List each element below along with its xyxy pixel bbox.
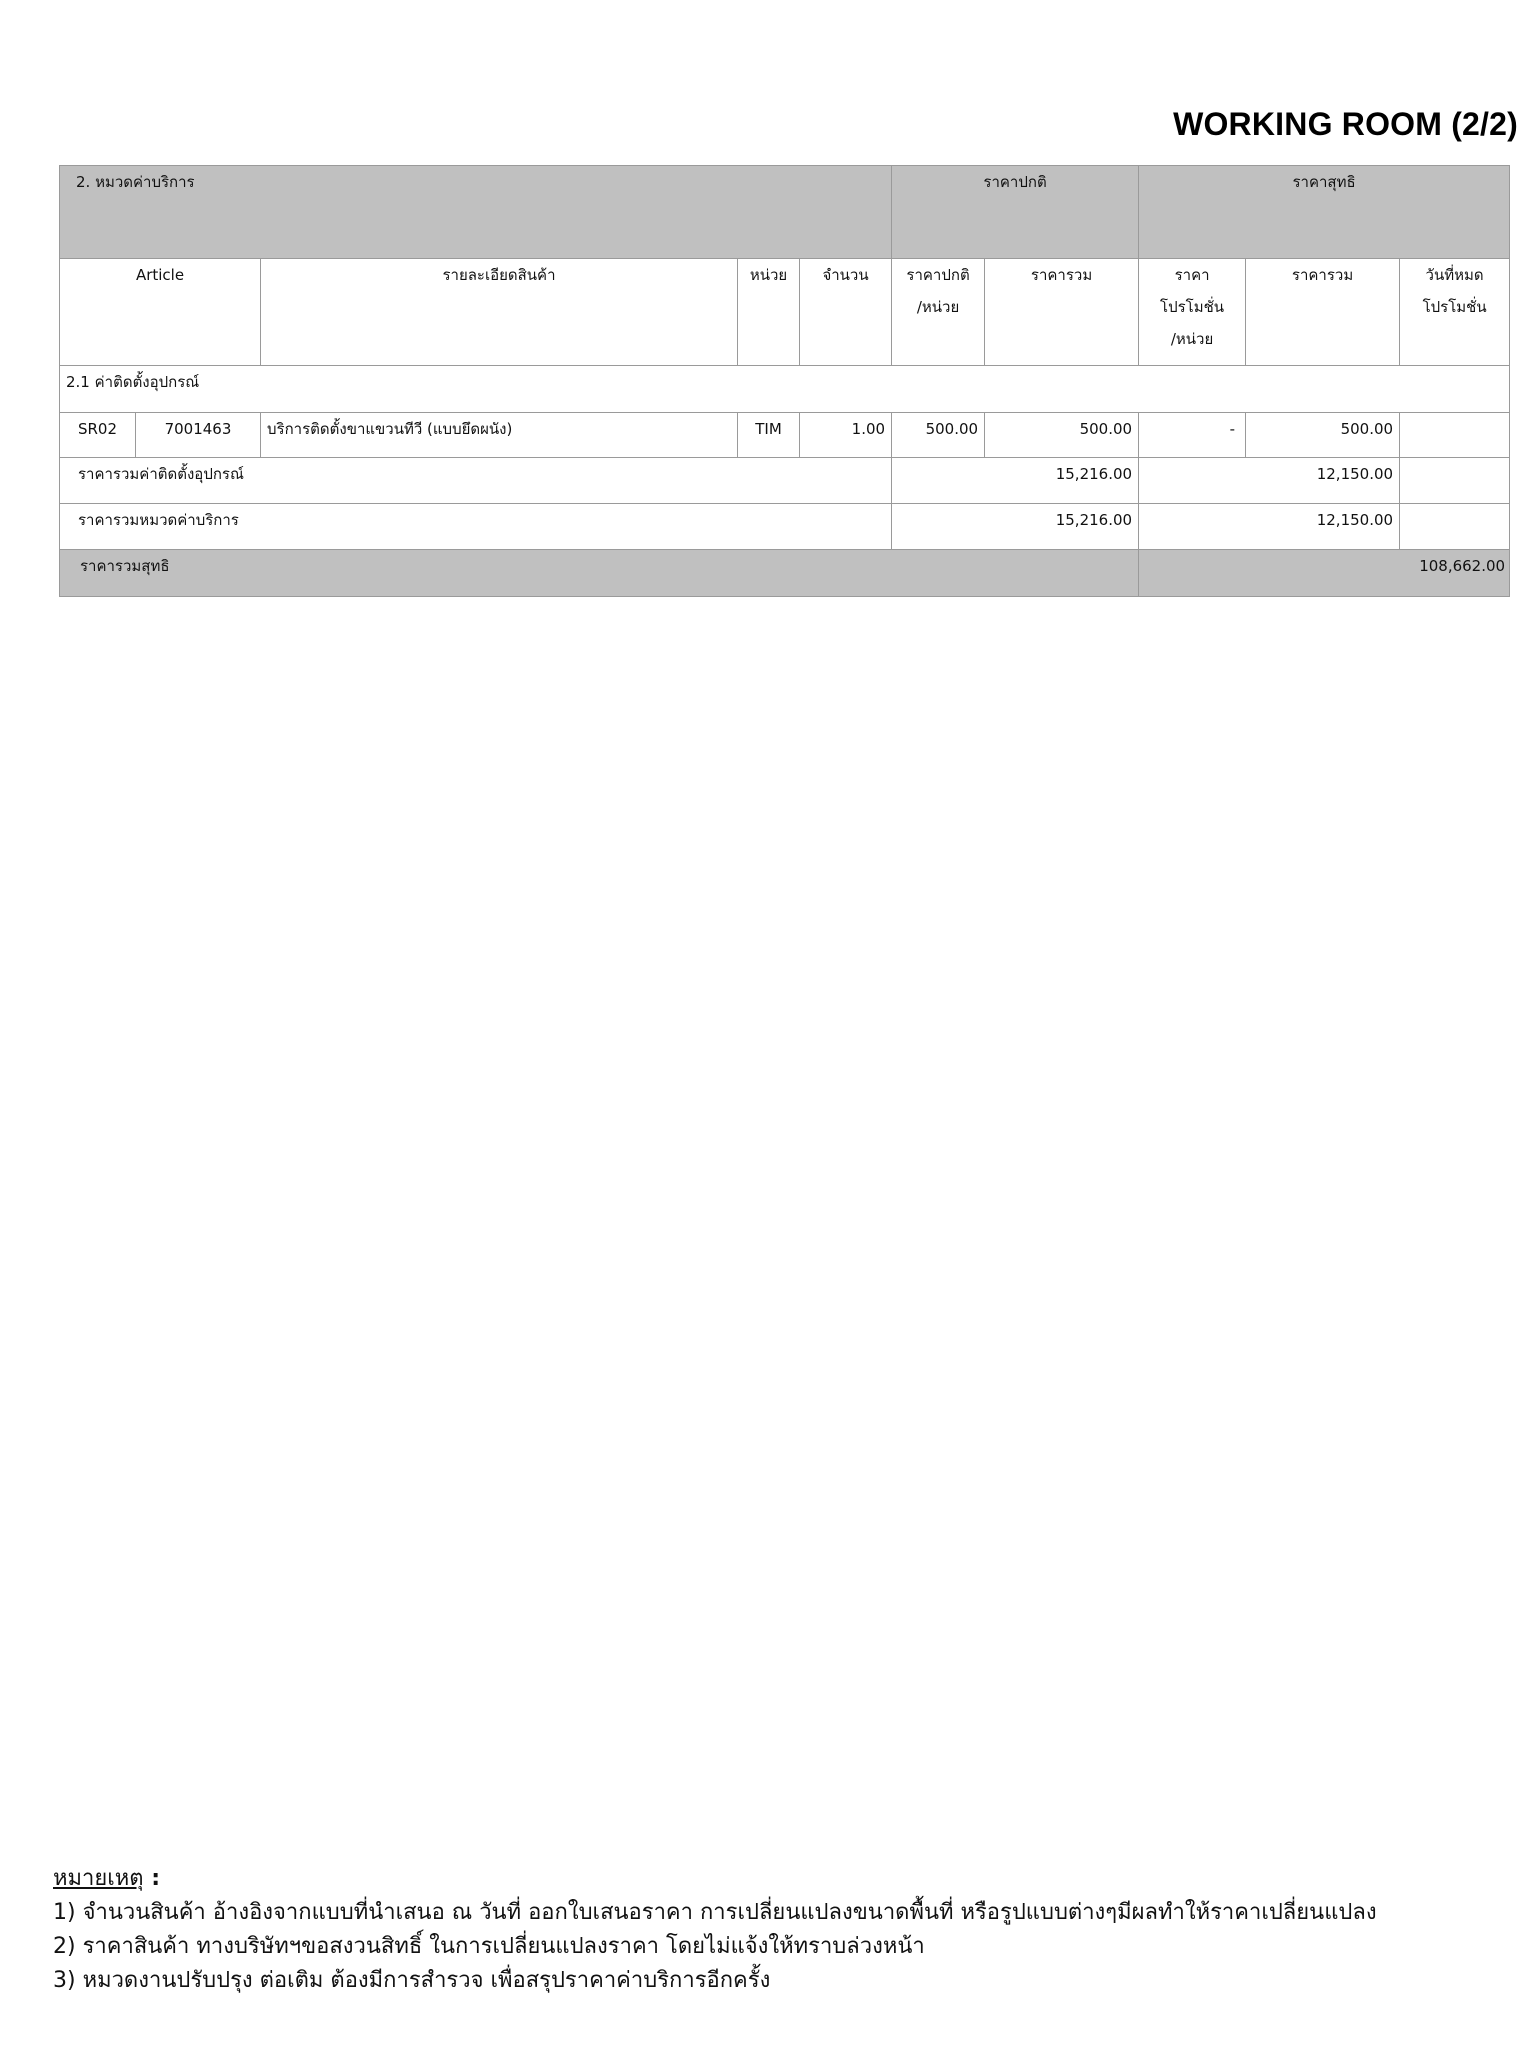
note-item: 3) หมวดงานปรับปรุง ต่อเติม ต้องมีการสำรว… xyxy=(53,1964,1377,1998)
col-header-line: ราคาปกติ xyxy=(898,259,978,291)
section-title: 2.1 ค่าติดตั้งอุปกรณ์ xyxy=(60,366,1510,413)
category-total-row: ราคารวมหมวดค่าบริการ 15,216.00 12,150.00 xyxy=(60,504,1510,550)
table-row: SR02 7001463 บริการติดตั้งขาแขวนทีวี (แบ… xyxy=(60,413,1510,458)
col-header-line: /หน่วย xyxy=(898,291,978,323)
grand-total-label: ราคารวมสุทธิ xyxy=(60,550,1139,597)
notes-heading-line: หมายเหตุ : xyxy=(53,1862,1377,1896)
col-header-description: รายละเอียดสินค้า xyxy=(261,259,738,366)
col-header-regular-total: ราคารวม xyxy=(985,259,1139,366)
subtotal-regular: 15,216.00 xyxy=(892,458,1139,504)
subtotal-empty-cell xyxy=(1400,458,1510,504)
col-header-line: โปรโมชั่น xyxy=(1145,291,1239,323)
group-header-row: 2. หมวดค่าบริการ ราคาปกติ ราคาสุทธิ xyxy=(60,166,1510,259)
cell-unit: TIM xyxy=(738,413,800,458)
category-total-net: 12,150.00 xyxy=(1139,504,1400,550)
cell-article-code: SR02 xyxy=(60,413,136,458)
col-header-quantity: จำนวน xyxy=(800,259,892,366)
col-header-line: วันที่หมด xyxy=(1406,259,1503,291)
notes-heading: หมายเหตุ xyxy=(53,1866,144,1891)
col-header-line: ราคา xyxy=(1145,259,1239,291)
notes-colon: : xyxy=(144,1866,160,1891)
cell-regular-price-per-unit: 500.00 xyxy=(892,413,985,458)
cell-promo-end-date xyxy=(1400,413,1510,458)
cell-quantity: 1.00 xyxy=(800,413,892,458)
col-header-promo-end-date: วันที่หมด โปรโมชั่น xyxy=(1400,259,1510,366)
category-title: 2. หมวดค่าบริการ xyxy=(60,166,892,259)
notes-section: หมายเหตุ : 1) จำนวนสินค้า อ้างอิงจากแบบท… xyxy=(53,1862,1377,1998)
section-row: 2.1 ค่าติดตั้งอุปกรณ์ xyxy=(60,366,1510,413)
group-header-regular-price: ราคาปกติ xyxy=(892,166,1139,259)
document-title: WORKING ROOM (2/2) xyxy=(1173,106,1518,143)
col-header-net-total: ราคารวม xyxy=(1246,259,1400,366)
cell-article-no: 7001463 xyxy=(136,413,261,458)
category-total-label: ราคารวมหมวดค่าบริการ xyxy=(60,504,892,550)
cell-net-total: 500.00 xyxy=(1246,413,1400,458)
col-header-promo-price-per-unit: ราคา โปรโมชั่น /หน่วย xyxy=(1139,259,1246,366)
note-item: 1) จำนวนสินค้า อ้างอิงจากแบบที่นำเสนอ ณ … xyxy=(53,1896,1377,1930)
col-header-line: โปรโมชั่น xyxy=(1406,291,1503,323)
cell-description: บริการติดตั้งขาแขวนทีวี (แบบยึดผนัง) xyxy=(261,413,738,458)
subtotal-label: ราคารวมค่าติดตั้งอุปกรณ์ xyxy=(60,458,892,504)
col-header-line: /หน่วย xyxy=(1145,323,1239,355)
grand-total-row: ราคารวมสุทธิ 108,662.00 xyxy=(60,550,1510,597)
note-item: 2) ราคาสินค้า ทางบริษัทฯขอสงวนสิทธิ์ ในก… xyxy=(53,1930,1377,1964)
group-header-net-price: ราคาสุทธิ xyxy=(1139,166,1510,259)
subtotal-net: 12,150.00 xyxy=(1139,458,1400,504)
col-header-unit: หน่วย xyxy=(738,259,800,366)
category-total-regular: 15,216.00 xyxy=(892,504,1139,550)
col-header-regular-price-per-unit: ราคาปกติ /หน่วย xyxy=(892,259,985,366)
cell-promo-price-per-unit: - xyxy=(1139,413,1246,458)
grand-total-value: 108,662.00 xyxy=(1139,550,1510,597)
category-total-empty-cell xyxy=(1400,504,1510,550)
col-header-article: Article xyxy=(60,259,261,366)
quotation-table: 2. หมวดค่าบริการ ราคาปกติ ราคาสุทธิ Arti… xyxy=(59,165,1510,597)
column-header-row: Article รายละเอียดสินค้า หน่วย จำนวน ราค… xyxy=(60,259,1510,366)
cell-regular-total: 500.00 xyxy=(985,413,1139,458)
subtotal-row: ราคารวมค่าติดตั้งอุปกรณ์ 15,216.00 12,15… xyxy=(60,458,1510,504)
